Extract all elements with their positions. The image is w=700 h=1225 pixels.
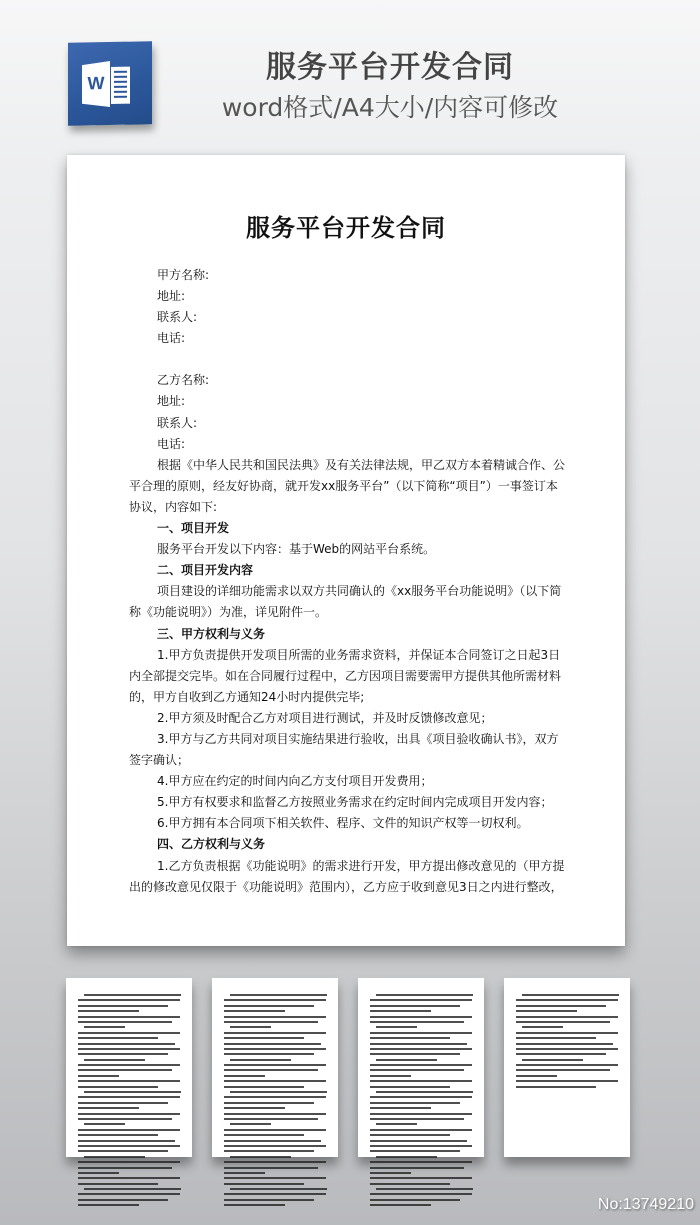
thumbnail-text-line [224,1016,326,1018]
thumbnail-text-line [230,994,327,996]
thumbnail-text-line [516,1064,618,1066]
thumbnail-text-line [224,1032,326,1034]
thumbnail-text-line [370,1080,472,1082]
thumbnail-text-line [224,1043,321,1045]
thumbnail-text-line [370,1118,464,1120]
thumbnail-text-line [224,1204,285,1206]
thumbnail-text-line [376,1026,417,1028]
thumbnail-text-line [78,1032,180,1034]
document-title: 服务平台开发合同 [67,208,625,243]
thumbnail-text-line [78,1161,180,1163]
header-subtitle: word格式/A4大小/内容可修改 [190,88,590,124]
thumbnail-text-line [370,1096,472,1098]
thumbnail-text-line [224,1107,285,1109]
thumbnail-text-line [370,1183,450,1185]
thumbnail-text-line [78,1193,180,1195]
thumbnail-text-line [78,1167,172,1169]
thumbnail-text-line [516,1021,610,1023]
thumbnail-text-line [230,1123,271,1125]
thumbnail-text-line [84,1123,125,1125]
thumbnail-text-line [370,1005,460,1007]
thumbnail-text-line [84,1156,145,1158]
thumbnail-text-line [370,1102,460,1104]
thumbnail-text-line [370,1037,450,1039]
thumbnail-text-line [224,1053,314,1055]
thumbnail-text-line [370,1069,464,1071]
thumbnail-text-line [370,1129,472,1131]
thumbnail-text-line [224,1150,314,1152]
thumbnail-text-line [224,1183,304,1185]
thumbnail-text-line [78,1183,158,1185]
thumbnail-text-line [224,1086,304,1088]
thumbnail-text-line [224,1172,265,1174]
thumbnail-text-line [370,1043,467,1045]
thumbnail-text-line [370,1150,460,1152]
thumbnail-text-line [230,1188,327,1190]
thumbnail-text-line [370,1113,472,1115]
thumbnail-text-line [370,1145,472,1147]
thumbnail-text-line [224,1069,318,1071]
thumbnail-text-line [224,1064,326,1066]
image-id: No:13749210 [598,1196,694,1214]
thumbnail-text-line [370,1167,464,1169]
thumbnail-text-line [78,1053,168,1055]
thumbnail-text-line [376,1188,473,1190]
thumbnail-text-line [230,1059,291,1061]
thumbnail-text-line [84,1188,181,1190]
thumbnail-text-line [516,1043,613,1045]
party-b-contact-label: 联系人: [129,413,567,434]
preamble: 根据《中华人民共和国民法典》及有关法律法规，甲乙双方本着精诚合作、公平合理的原则… [129,455,567,518]
section-paragraph: 4.甲方应在约定的时间内向乙方支付项目开发费用； [129,771,567,792]
thumbnail-text-line [370,1193,472,1195]
thumbnail-text-line [516,1016,618,1018]
thumbnail-text-line [224,1037,304,1039]
thumbnail-text-line [370,1204,431,1206]
thumbnail-text-line [224,1145,326,1147]
word-lines-icon [111,67,130,104]
thumbnail-text-line [78,1069,172,1071]
section-heading: 二、项目开发内容 [129,560,567,581]
thumbnail-text-line [78,1204,139,1206]
thumbnail-text-line [370,1107,431,1109]
thumbnail-text-line [370,1021,464,1023]
thumbnail-text-line [78,1102,168,1104]
section-paragraph: 2.甲方须及时配合乙方对项目进行测试，并及时反馈修改意见； [129,708,567,729]
thumbnail-page-5 [504,978,630,1157]
header-title: 服务平台开发合同 [190,42,590,86]
thumbnail-text-line [516,1080,618,1082]
thumbnail-text-line [224,1134,304,1136]
thumbnail-text-line [516,1032,618,1034]
thumbnail-text-line [370,1010,431,1012]
word-doc-shape: W [82,61,110,107]
thumbnail-text-line [78,1016,180,1018]
thumbnail-text-line [522,1026,563,1028]
thumbnail-text-line [516,1053,606,1055]
section-paragraph: 项目建设的详细功能需求以双方共同确认的《xx服务平台功能说明》（以下简称《功能说… [129,581,567,623]
party-a-contact-label: 联系人: [129,307,567,328]
thumbnail-text-line [230,1091,327,1093]
thumbnail-text-line [78,1005,168,1007]
thumbnail-text-line [224,1193,326,1195]
thumbnail-text-line [78,1075,119,1077]
thumbnail-text-line [78,1134,158,1136]
section-heading: 四、乙方权利与义务 [129,834,567,855]
thumbnail-text-line [516,1005,606,1007]
thumbnail-text-line [224,1096,326,1098]
thumbnail-text-line [370,1199,460,1201]
thumbnail-text-line [224,1167,318,1169]
thumbnail-text-line [78,1129,180,1131]
thumbnail-text-line [376,1156,437,1158]
thumbnail-text-line [224,1199,314,1201]
thumbnail-page-3 [212,978,338,1157]
party-b-phone-label: 电话: [129,434,567,455]
thumbnail-text-line [84,1091,181,1093]
thumbnail-text-line [78,1010,139,1012]
word-icon: W [68,41,152,125]
thumbnail-text-line [224,1048,326,1050]
thumbnail-text-line [78,1145,180,1147]
thumbnail-text-line [376,994,473,996]
thumbnail-text-line [78,1021,172,1023]
thumbnail-text-line [516,1010,577,1012]
thumbnail-text-line [224,1010,285,1012]
thumbnail-text-line [78,1140,175,1142]
thumbnail-text-line [516,1048,618,1050]
thumbnail-text-line [224,999,326,1001]
thumbnail-text-line [224,1021,318,1023]
thumbnail-text-line [78,1048,180,1050]
thumbnail-text-line [516,999,618,1001]
thumbnail-text-line [224,1118,318,1120]
thumbnail-text-line [78,1043,175,1045]
section-paragraph: 1.乙方负责根据《功能说明》的需求进行开发，甲方提出修改意见的（甲方提出的修改意… [129,856,567,898]
thumbnail-text-line [78,1080,180,1082]
thumbnail-text-line [84,1059,145,1061]
section-heading: 一、项目开发 [129,518,567,539]
thumbnail-text-line [224,1140,321,1142]
thumbnail-text-line [516,1037,596,1039]
thumbnail-text-line [370,1177,472,1179]
thumbnail-page-4 [358,978,484,1157]
thumbnail-text-line [370,1140,467,1142]
thumbnail-text-line [516,1075,557,1077]
thumbnail-text-line [78,1107,139,1109]
section-paragraph: 服务平台开发以下内容：基于Web的网站平台系统。 [129,539,567,560]
thumbnail-text-line [370,1016,472,1018]
thumbnail-text-line [370,1064,472,1066]
thumbnail-text-line [370,999,472,1001]
thumbnail-text-line [78,1096,180,1098]
section-paragraph: 1.甲方负责提供开发项目所需的业务需求资料，并保证本合同签订之日起3日内全部提交… [129,645,567,708]
thumbnail-text-line [78,1064,180,1066]
thumbnail-text-line [78,1113,180,1115]
thumbnail-text-line [370,1086,450,1088]
thumbnail-text-line [516,1086,596,1088]
party-a-phone-label: 电话: [129,328,567,349]
thumbnail-text-line [370,1075,411,1077]
thumbnail-text-line [376,1123,417,1125]
thumbnail-text-line [522,1059,583,1061]
thumbnail-text-line [522,994,619,996]
party-a-name-label: 甲方名称: [129,265,567,286]
thumbnail-text-line [224,1129,326,1131]
thumbnail-text-line [516,1069,610,1071]
thumbnail-text-line [78,1086,158,1088]
document-body: 甲方名称: 地址: 联系人: 电话: 乙方名称: 地址: 联系人: 电话: 根据… [129,265,567,898]
thumbnail-text-line [370,1048,472,1050]
section-paragraph: 5.甲方有权要求和监督乙方按照业务需求在约定时间内完成项目开发内容； [129,792,567,813]
thumbnail-text-line [224,1080,326,1082]
thumbnail-text-line [376,1059,437,1061]
thumbnail-text-line [84,994,181,996]
thumbnail-text-line [224,1005,314,1007]
thumbnail-text-line [78,1172,119,1174]
document-page: 服务平台开发合同 甲方名称: 地址: 联系人: 电话: 乙方名称: 地址: 联系… [67,155,625,946]
thumbnail-text-line [370,1032,472,1034]
thumbnail-text-line [78,1118,172,1120]
thumbnail-text-line [370,1172,411,1174]
header: W 服务平台开发合同 word格式/A4大小/内容可修改 [0,0,700,150]
thumbnail-text-line [78,1150,168,1152]
thumbnail-text-line [230,1026,271,1028]
section-paragraph: 6.甲方拥有本合同项下相关软件、程序、文件的知识产权等一切权利。 [129,813,567,834]
thumbnail-text-line [224,1075,265,1077]
party-a-address-label: 地址: [129,286,567,307]
section-heading: 三、甲方权利与义务 [129,624,567,645]
thumbnail-text-line [370,1161,472,1163]
party-b-name-label: 乙方名称: [129,370,567,391]
thumbnail-text-line [78,1037,158,1039]
thumbnail-text-line [224,1161,326,1163]
word-letter: W [82,73,110,94]
thumbnail-page-2 [66,978,192,1157]
thumbnail-text-line [78,1177,180,1179]
thumbnail-text-line [370,1053,460,1055]
thumbnail-text-line [230,1156,291,1158]
thumbnail-text-line [224,1113,326,1115]
thumbnail-text-line [224,1102,314,1104]
thumbnail-text-line [78,999,180,1001]
thumbnail-text-line [370,1134,450,1136]
thumbnail-text-line [224,1177,326,1179]
party-b-address-label: 地址: [129,391,567,412]
thumbnail-text-line [78,1199,168,1201]
thumbnail-text-line [84,1026,125,1028]
thumbnail-text-line [376,1091,473,1093]
spacer [129,349,567,370]
section-paragraph: 3.甲方与乙方共同对项目实施结果进行验收，出具《项目验收确认书》，双方签字确认； [129,729,567,771]
